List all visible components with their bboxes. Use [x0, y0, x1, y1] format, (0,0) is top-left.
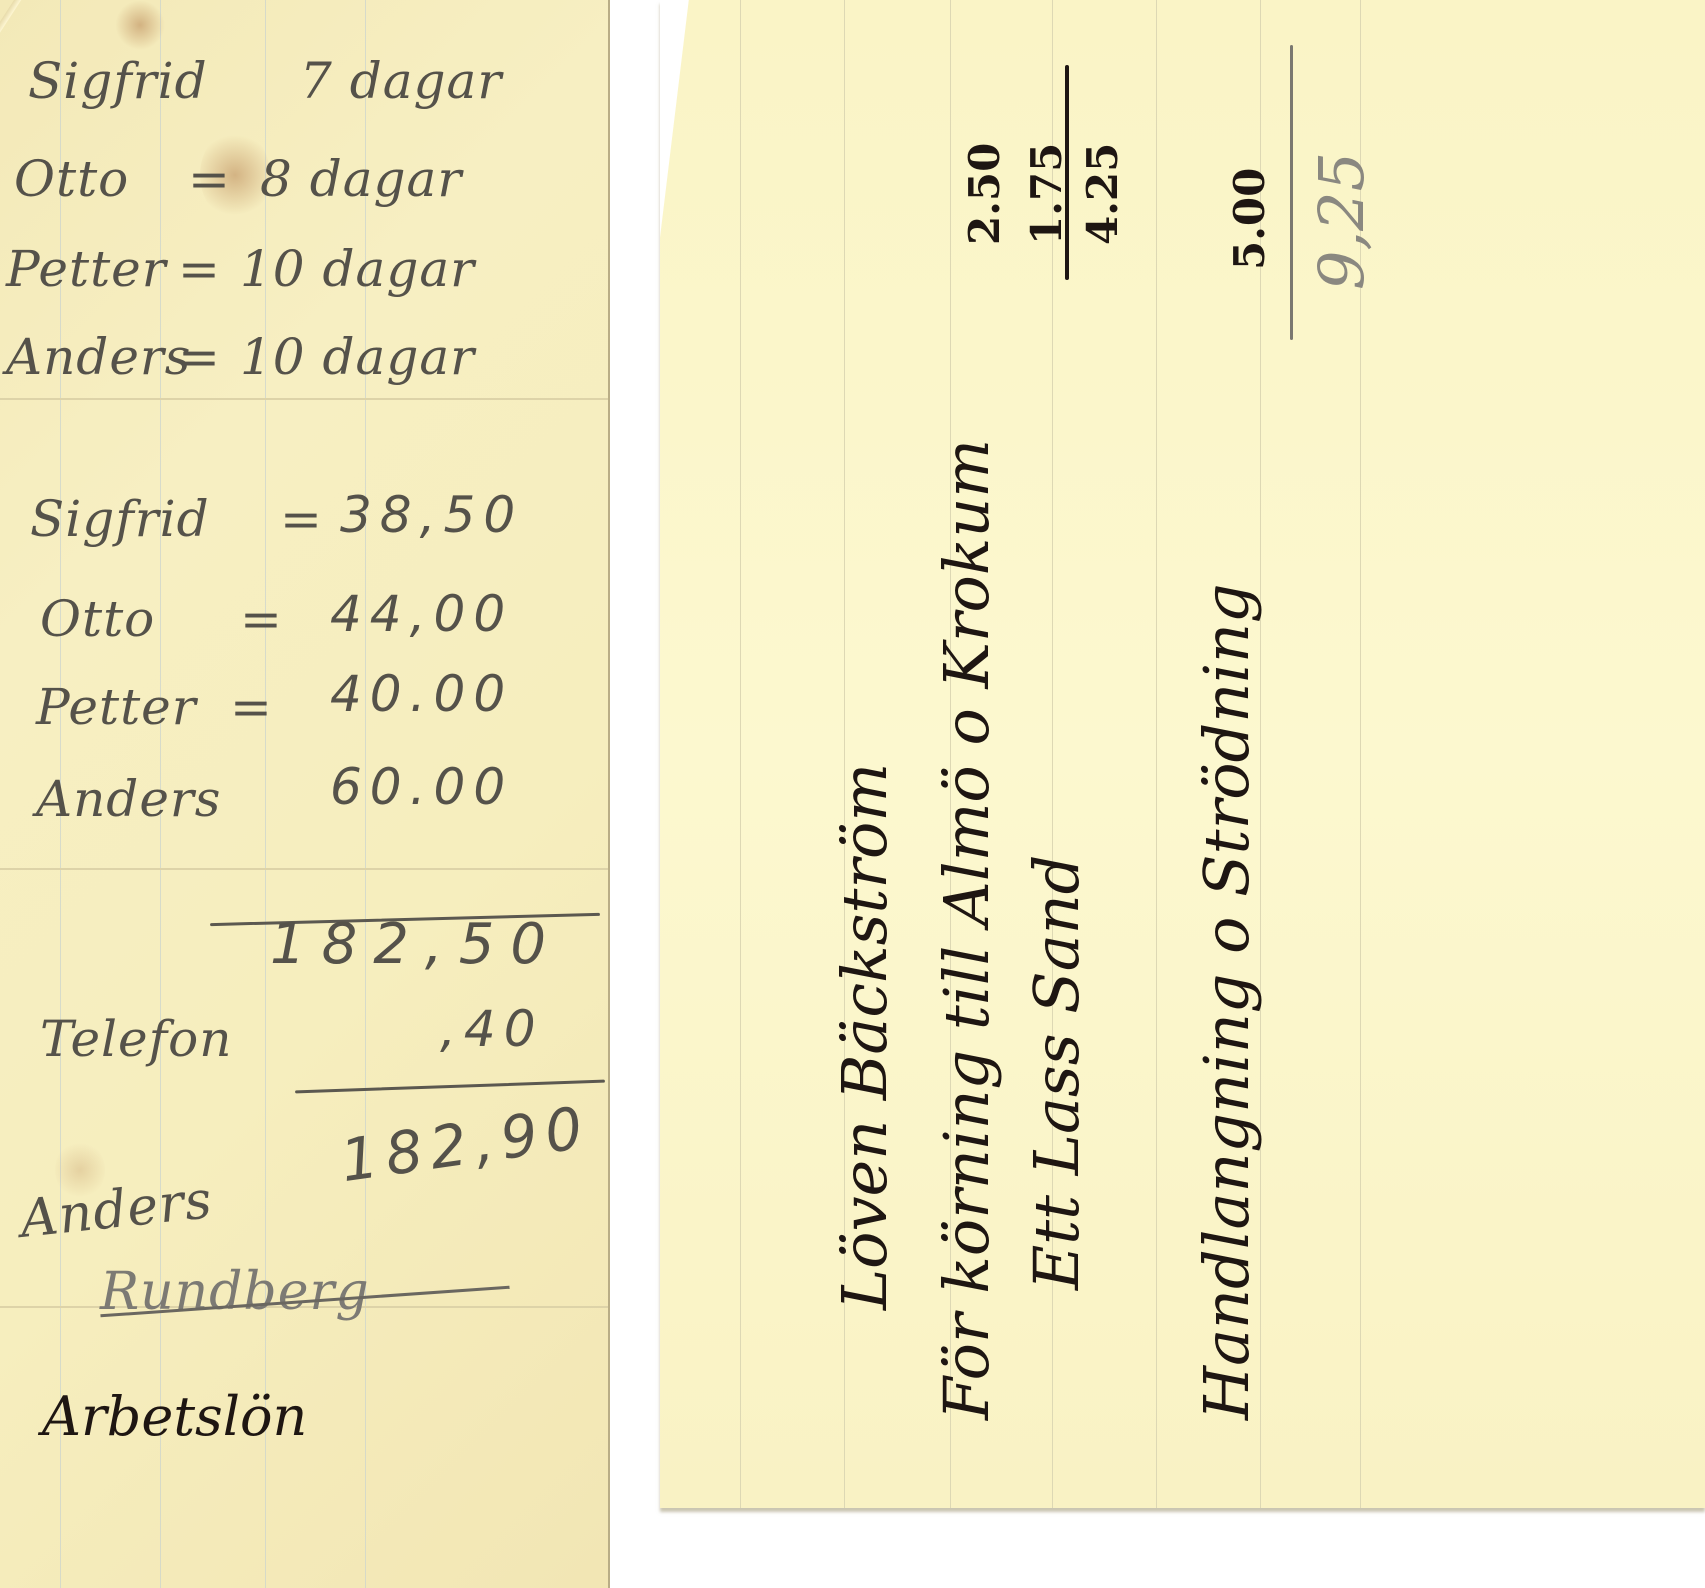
- wage-sep-0: =: [280, 490, 323, 548]
- total-rule: [295, 1080, 605, 1094]
- telefon-value: ,40: [440, 1000, 544, 1058]
- wage-name-1: Otto: [40, 590, 155, 648]
- footer-label: Arbetslön: [42, 1385, 307, 1448]
- receipt-line-1: För körning till Almö o Krokum: [930, 439, 1003, 1420]
- wage-sep-1: =: [240, 590, 283, 648]
- wage-receipt-slip: Sigfrid 7 dagar Otto = 8 dagar Petter = …: [0, 0, 610, 1588]
- wage-value-0: 38,50: [340, 486, 523, 544]
- wage-value-3: 60.00: [330, 758, 513, 816]
- wage-value-1: 44,00: [330, 585, 513, 643]
- days-name-2: Petter: [6, 240, 167, 298]
- wage-value-2: 40.00: [330, 665, 513, 723]
- days-value-1: 8 dagar: [260, 150, 462, 208]
- wage-name-2: Petter: [36, 678, 197, 736]
- receipt-line-4-text: Handlangning o Strödning: [1190, 583, 1263, 1420]
- amount-line-2: 1.75: [1022, 143, 1071, 245]
- days-name-0: Sigfrid: [28, 52, 208, 110]
- receipt-line-2-text: Ett Lass Sand: [1020, 855, 1093, 1290]
- receipt-line-0-text: Löven Bäckström: [828, 763, 901, 1310]
- receipt-line-4: Handlangning o Strödning: [1190, 583, 1263, 1420]
- total-value: 182,90: [336, 1093, 594, 1195]
- amount-line-4: 5.00: [1225, 168, 1274, 270]
- haulage-receipt-slip: Löven Bäckström För körning till Almö o …: [660, 0, 1705, 1508]
- days-name-1: Otto: [14, 150, 129, 208]
- wage-name-0: Sigfrid: [30, 490, 210, 548]
- amount-line-3: 4.25: [1078, 143, 1127, 245]
- grand-total: 9,25: [1305, 152, 1378, 290]
- receipt-line-1-text: För körning till Almö o Krokum: [930, 439, 1003, 1420]
- receipt-line-0: Löven Bäckström: [828, 763, 901, 1310]
- days-sep-2: =: [178, 240, 221, 298]
- total-rule: [1290, 45, 1293, 340]
- days-value-3: 10 dagar: [240, 328, 475, 386]
- days-sep-1: =: [188, 150, 231, 208]
- amount-line-1: 2.50: [960, 143, 1009, 245]
- days-value-0: 7 dagar: [300, 52, 502, 110]
- sum-underline: [1065, 65, 1069, 280]
- wage-sep-2: =: [230, 678, 273, 736]
- days-value-2: 10 dagar: [240, 240, 475, 298]
- days-sep-3: =: [178, 328, 221, 386]
- telefon-label: Telefon: [40, 1010, 232, 1068]
- days-name-3: Anders: [6, 328, 191, 386]
- wage-name-3: Anders: [36, 770, 221, 828]
- signature-first-name: Anders: [17, 1170, 215, 1250]
- subtotal-value: 182,50: [270, 912, 562, 977]
- receipt-line-2: Ett Lass Sand: [1020, 855, 1093, 1290]
